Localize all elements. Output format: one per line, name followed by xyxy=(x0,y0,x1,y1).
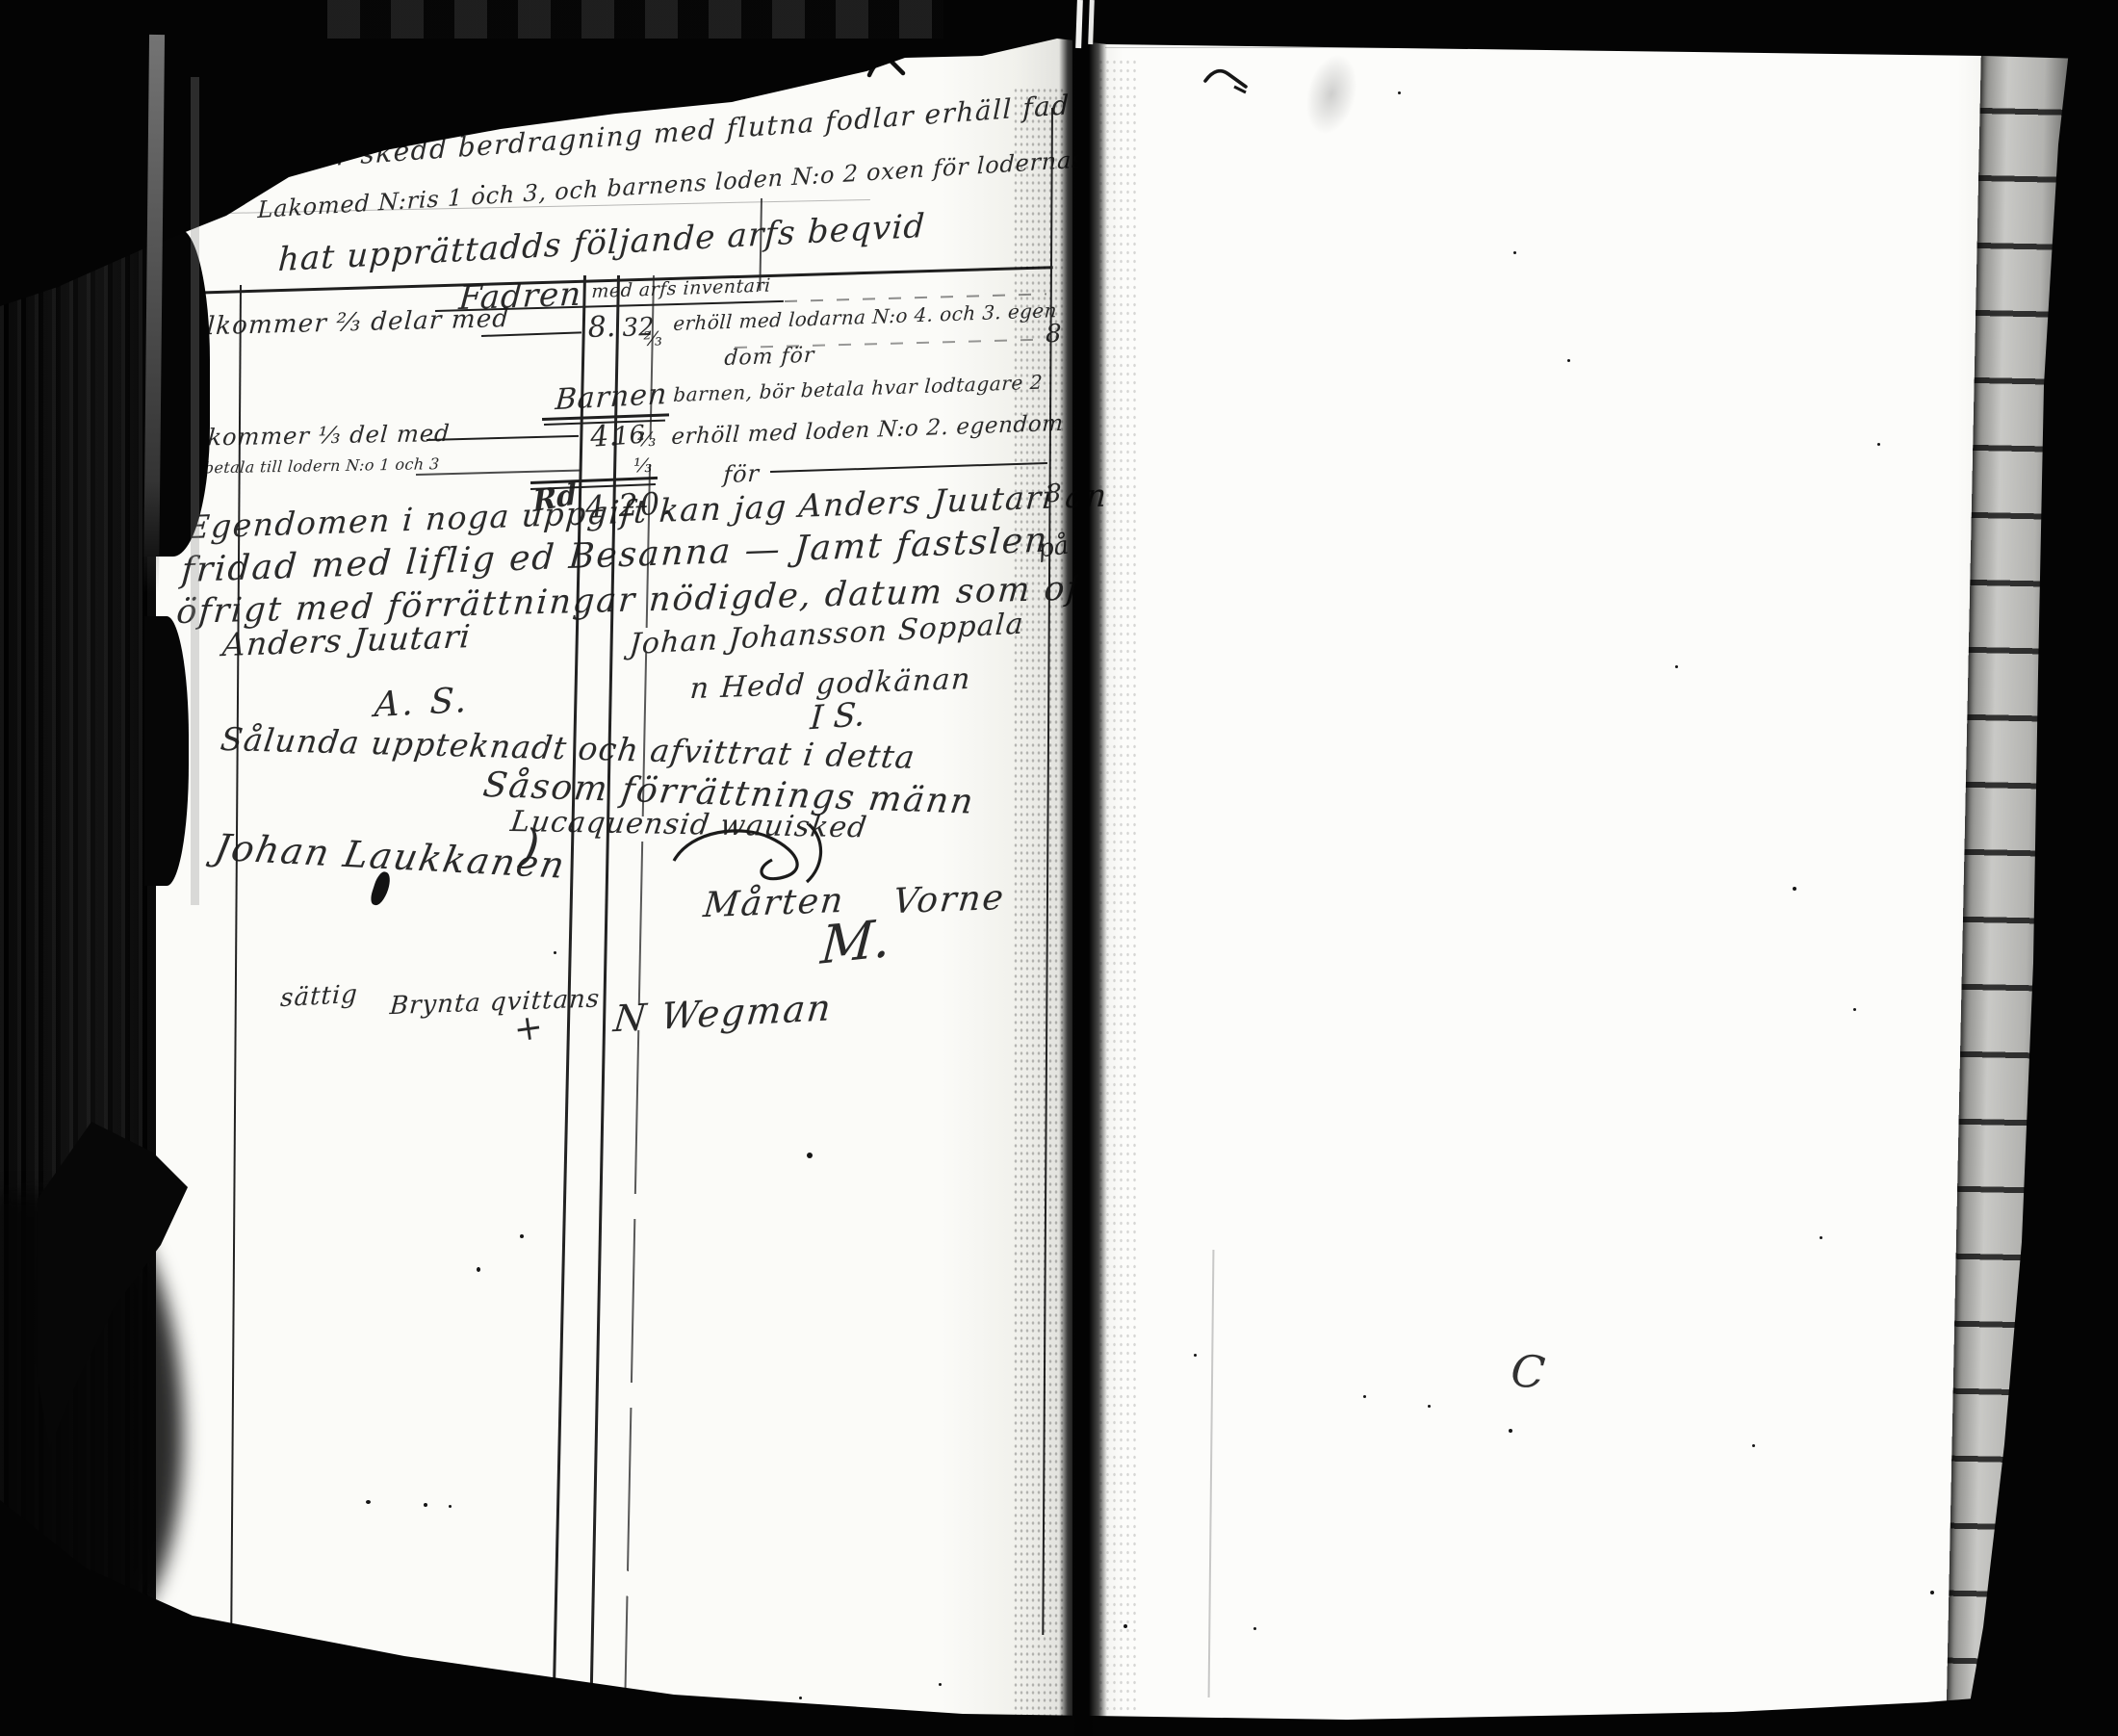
ink-speck xyxy=(939,1683,942,1686)
ink-speck xyxy=(1194,1354,1197,1357)
top-border-gray-streaks xyxy=(327,0,943,39)
ink-speck xyxy=(1509,1429,1512,1433)
children-row-note-2: för xyxy=(723,460,761,488)
ink-speck xyxy=(1793,887,1796,891)
ink-speck xyxy=(554,951,556,954)
ink-speck xyxy=(807,1153,813,1158)
ink-speck xyxy=(424,1503,427,1507)
father-row-note-2: dom för xyxy=(724,344,815,371)
ink-speck xyxy=(449,1505,452,1508)
scanned-book-spread: Efter skedd berdragning med flutna fodla… xyxy=(0,0,2118,1736)
ink-speck xyxy=(1853,1008,1856,1011)
soppala-initials: I S. xyxy=(809,695,866,738)
ink-speck xyxy=(1820,1236,1822,1239)
ink-speck xyxy=(481,185,484,188)
ink-speck xyxy=(1363,1395,1366,1398)
marten-flourish-swash xyxy=(662,818,850,891)
ink-speck xyxy=(1930,1591,1934,1594)
anders-initials: A. S. xyxy=(374,681,471,725)
ink-speck xyxy=(799,1697,802,1699)
ink-speck xyxy=(1428,1405,1431,1408)
children-heading: Barnen xyxy=(555,377,669,417)
children-row-fraction: ⅔ xyxy=(637,428,656,451)
witness-cross-mark: + xyxy=(511,1007,546,1050)
father-row-riksdaler: 8. xyxy=(587,310,616,345)
ink-speck xyxy=(1675,665,1678,668)
left-border-light-sliver-2 xyxy=(191,77,199,905)
marten-initial-mark: M. xyxy=(819,907,893,975)
ink-speck xyxy=(366,1500,371,1504)
father-row-fraction: ⅔ xyxy=(643,326,662,350)
left-border-bulge-2 xyxy=(144,616,189,886)
ink-speck xyxy=(1253,1627,1256,1630)
children-row-label: tillkommer ⅓ del med xyxy=(171,420,451,452)
children-row-fraction-2: ⅓ xyxy=(633,453,652,477)
ink-speck xyxy=(1398,91,1401,94)
ink-speck xyxy=(1567,359,1570,362)
ink-speck xyxy=(520,1234,524,1238)
right-page-paper xyxy=(1086,40,2002,1723)
right-page-c-mark: C xyxy=(1509,1344,1547,1399)
signature-marten-last: Vorne xyxy=(891,878,1007,921)
right-page-top-stroke-mark xyxy=(1203,65,1255,96)
ink-speck xyxy=(477,1267,480,1272)
witness-word-1: sättig xyxy=(279,980,358,1013)
ink-speck xyxy=(1513,251,1516,254)
ink-speck xyxy=(1752,1444,1755,1447)
book-gutter-shadow xyxy=(1059,0,1107,1736)
ink-speck xyxy=(1877,443,1880,446)
